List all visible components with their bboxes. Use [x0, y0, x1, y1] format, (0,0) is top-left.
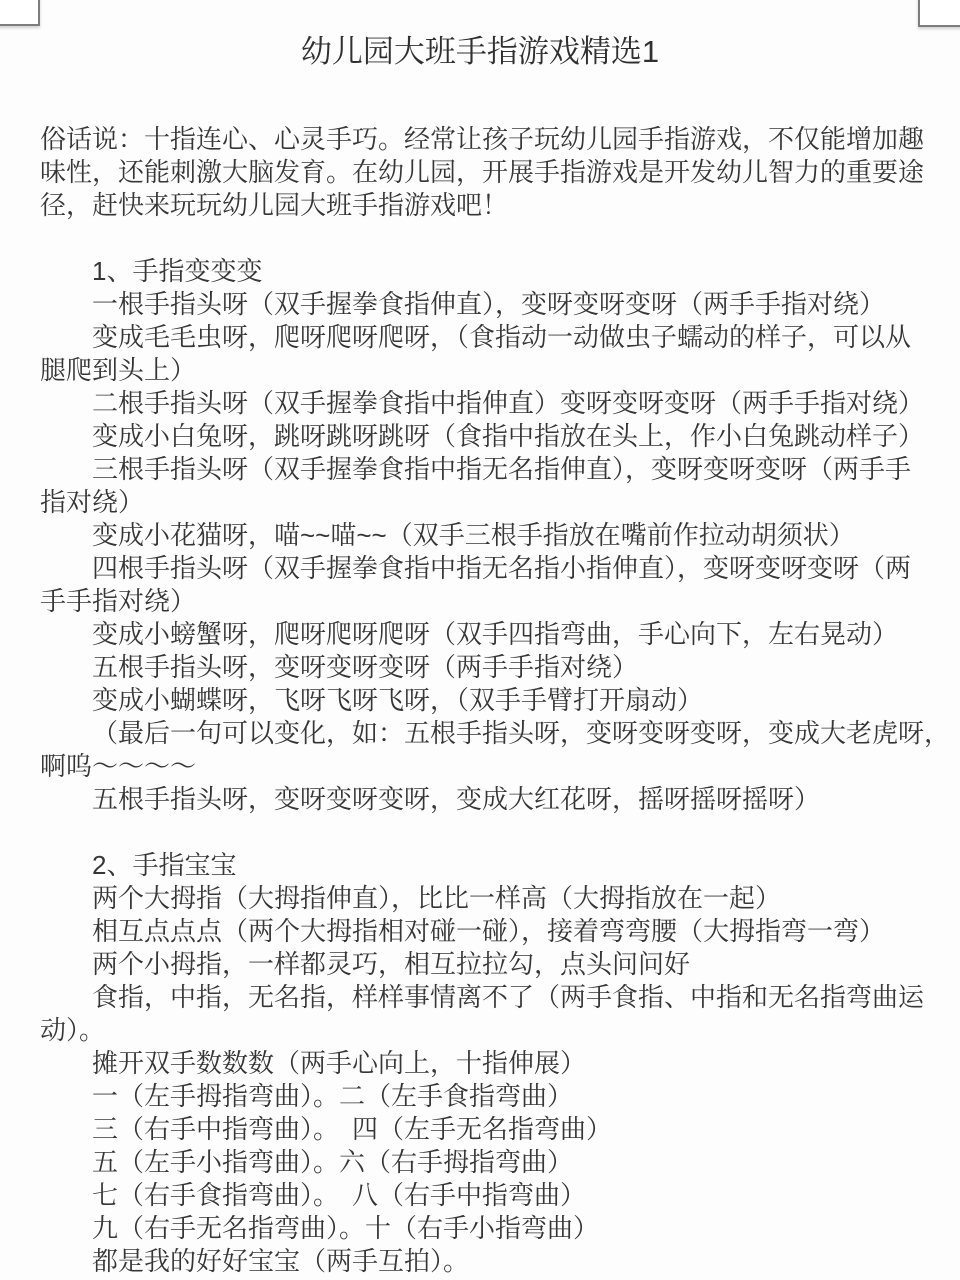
text-line: 食指，中指，无名指，样样事情离不了（两手食指、中指和无名指弯曲运: [40, 981, 920, 1014]
text-line: 二根手指头呀（双手握拳食指中指伸直）变呀变呀变呀（两手手指对绕）: [40, 387, 920, 420]
text-line: 五根手指头呀，变呀变呀变呀（两手手指对绕）: [40, 651, 920, 684]
text-line: 相互点点点（两个大拇指相对碰一碰），接着弯弯腰（大拇指弯一弯）: [40, 915, 920, 948]
text-line: 指对绕）: [40, 486, 920, 519]
intro-paragraph: 俗话说：十指连心、心灵手巧。经常让孩子玩幼儿园手指游戏，不仅能增加趣味性，还能刺…: [40, 123, 920, 222]
text-line: 三根手指头呀（双手握拳食指中指无名指伸直），变呀变呀变呀（两手手: [40, 453, 920, 486]
text-line: 俗话说：十指连心、心灵手巧。经常让孩子玩幼儿园手指游戏，不仅能增加趣: [40, 123, 920, 156]
text-line: 都是我的好好宝宝（两手互拍）。: [40, 1245, 920, 1278]
text-line: 五（左手小指弯曲）。六（右手拇指弯曲）: [40, 1146, 920, 1179]
page-corner-artifact-right: [918, 0, 960, 27]
text-line: 四根手指头呀（双手握拳食指中指无名指小指伸直），变呀变呀变呀（两: [40, 552, 920, 585]
text-line: 变成小螃蟹呀，爬呀爬呀爬呀（双手四指弯曲，手心向下，左右晃动）: [40, 618, 920, 651]
text-line: 径，赶快来玩玩幼儿园大班手指游戏吧！: [40, 189, 920, 222]
text-line: 变成毛毛虫呀，爬呀爬呀爬呀，（食指动一动做虫子蠕动的样子，可以从: [40, 321, 920, 354]
text-line: 腿爬到头上）: [40, 354, 920, 387]
text-line: 啊呜～～～～: [40, 750, 920, 783]
text-line: 2、手指宝宝: [40, 849, 920, 882]
text-line: 动）。: [40, 1014, 920, 1047]
document-body: 俗话说：十指连心、心灵手巧。经常让孩子玩幼儿园手指游戏，不仅能增加趣味性，还能刺…: [0, 123, 960, 1278]
text-line: 摊开双手数数数（两手心向上，十指伸展）: [40, 1047, 920, 1080]
section-1-finger-change: 1、手指变变变一根手指头呀（双手握拳食指伸直），变呀变呀变呀（两手手指对绕）变成…: [40, 255, 920, 816]
text-line: 一（左手拇指弯曲）。二（左手食指弯曲）: [40, 1080, 920, 1113]
text-line: 味性，还能刺激大脑发育。在幼儿园，开展手指游戏是开发幼儿智力的重要途: [40, 156, 920, 189]
page-corner-artifact-left: [0, 0, 40, 26]
text-line: 变成小蝴蝶呀，飞呀飞呀飞呀，（双手手臂打开扇动）: [40, 684, 920, 717]
text-line: 1、手指变变变: [40, 255, 920, 288]
text-line: 变成小白兔呀，跳呀跳呀跳呀（食指中指放在头上，作小白兔跳动样子）: [40, 420, 920, 453]
text-line: 两个小拇指，一样都灵巧，相互拉拉勾，点头问问好: [40, 948, 920, 981]
text-line: 一根手指头呀（双手握拳食指伸直），变呀变呀变呀（两手手指对绕）: [40, 288, 920, 321]
document-title: 幼儿园大班手指游戏精选1: [0, 30, 960, 74]
text-line: （最后一句可以变化，如：五根手指头呀，变呀变呀变呀，变成大老虎呀，: [40, 717, 920, 750]
text-line: 七（右手食指弯曲）。 八（右手中指弯曲）: [40, 1179, 920, 1212]
section-2-finger-baby: 2、手指宝宝两个大拇指（大拇指伸直），比比一样高（大拇指放在一起）相互点点点（两…: [40, 849, 920, 1278]
document-page: 幼儿园大班手指游戏精选1 俗话说：十指连心、心灵手巧。经常让孩子玩幼儿园手指游戏…: [0, 0, 960, 1280]
text-line: 两个大拇指（大拇指伸直），比比一样高（大拇指放在一起）: [40, 882, 920, 915]
text-line: 九（右手无名指弯曲）。十（右手小指弯曲）: [40, 1212, 920, 1245]
text-line: 变成小花猫呀，喵~~喵~~（双手三根手指放在嘴前作拉动胡须状）: [40, 519, 920, 552]
text-line: 三（右手中指弯曲）。 四（左手无名指弯曲）: [40, 1113, 920, 1146]
text-line: 五根手指头呀，变呀变呀变呀，变成大红花呀，摇呀摇呀摇呀）: [40, 783, 920, 816]
text-line: 手手指对绕）: [40, 585, 920, 618]
